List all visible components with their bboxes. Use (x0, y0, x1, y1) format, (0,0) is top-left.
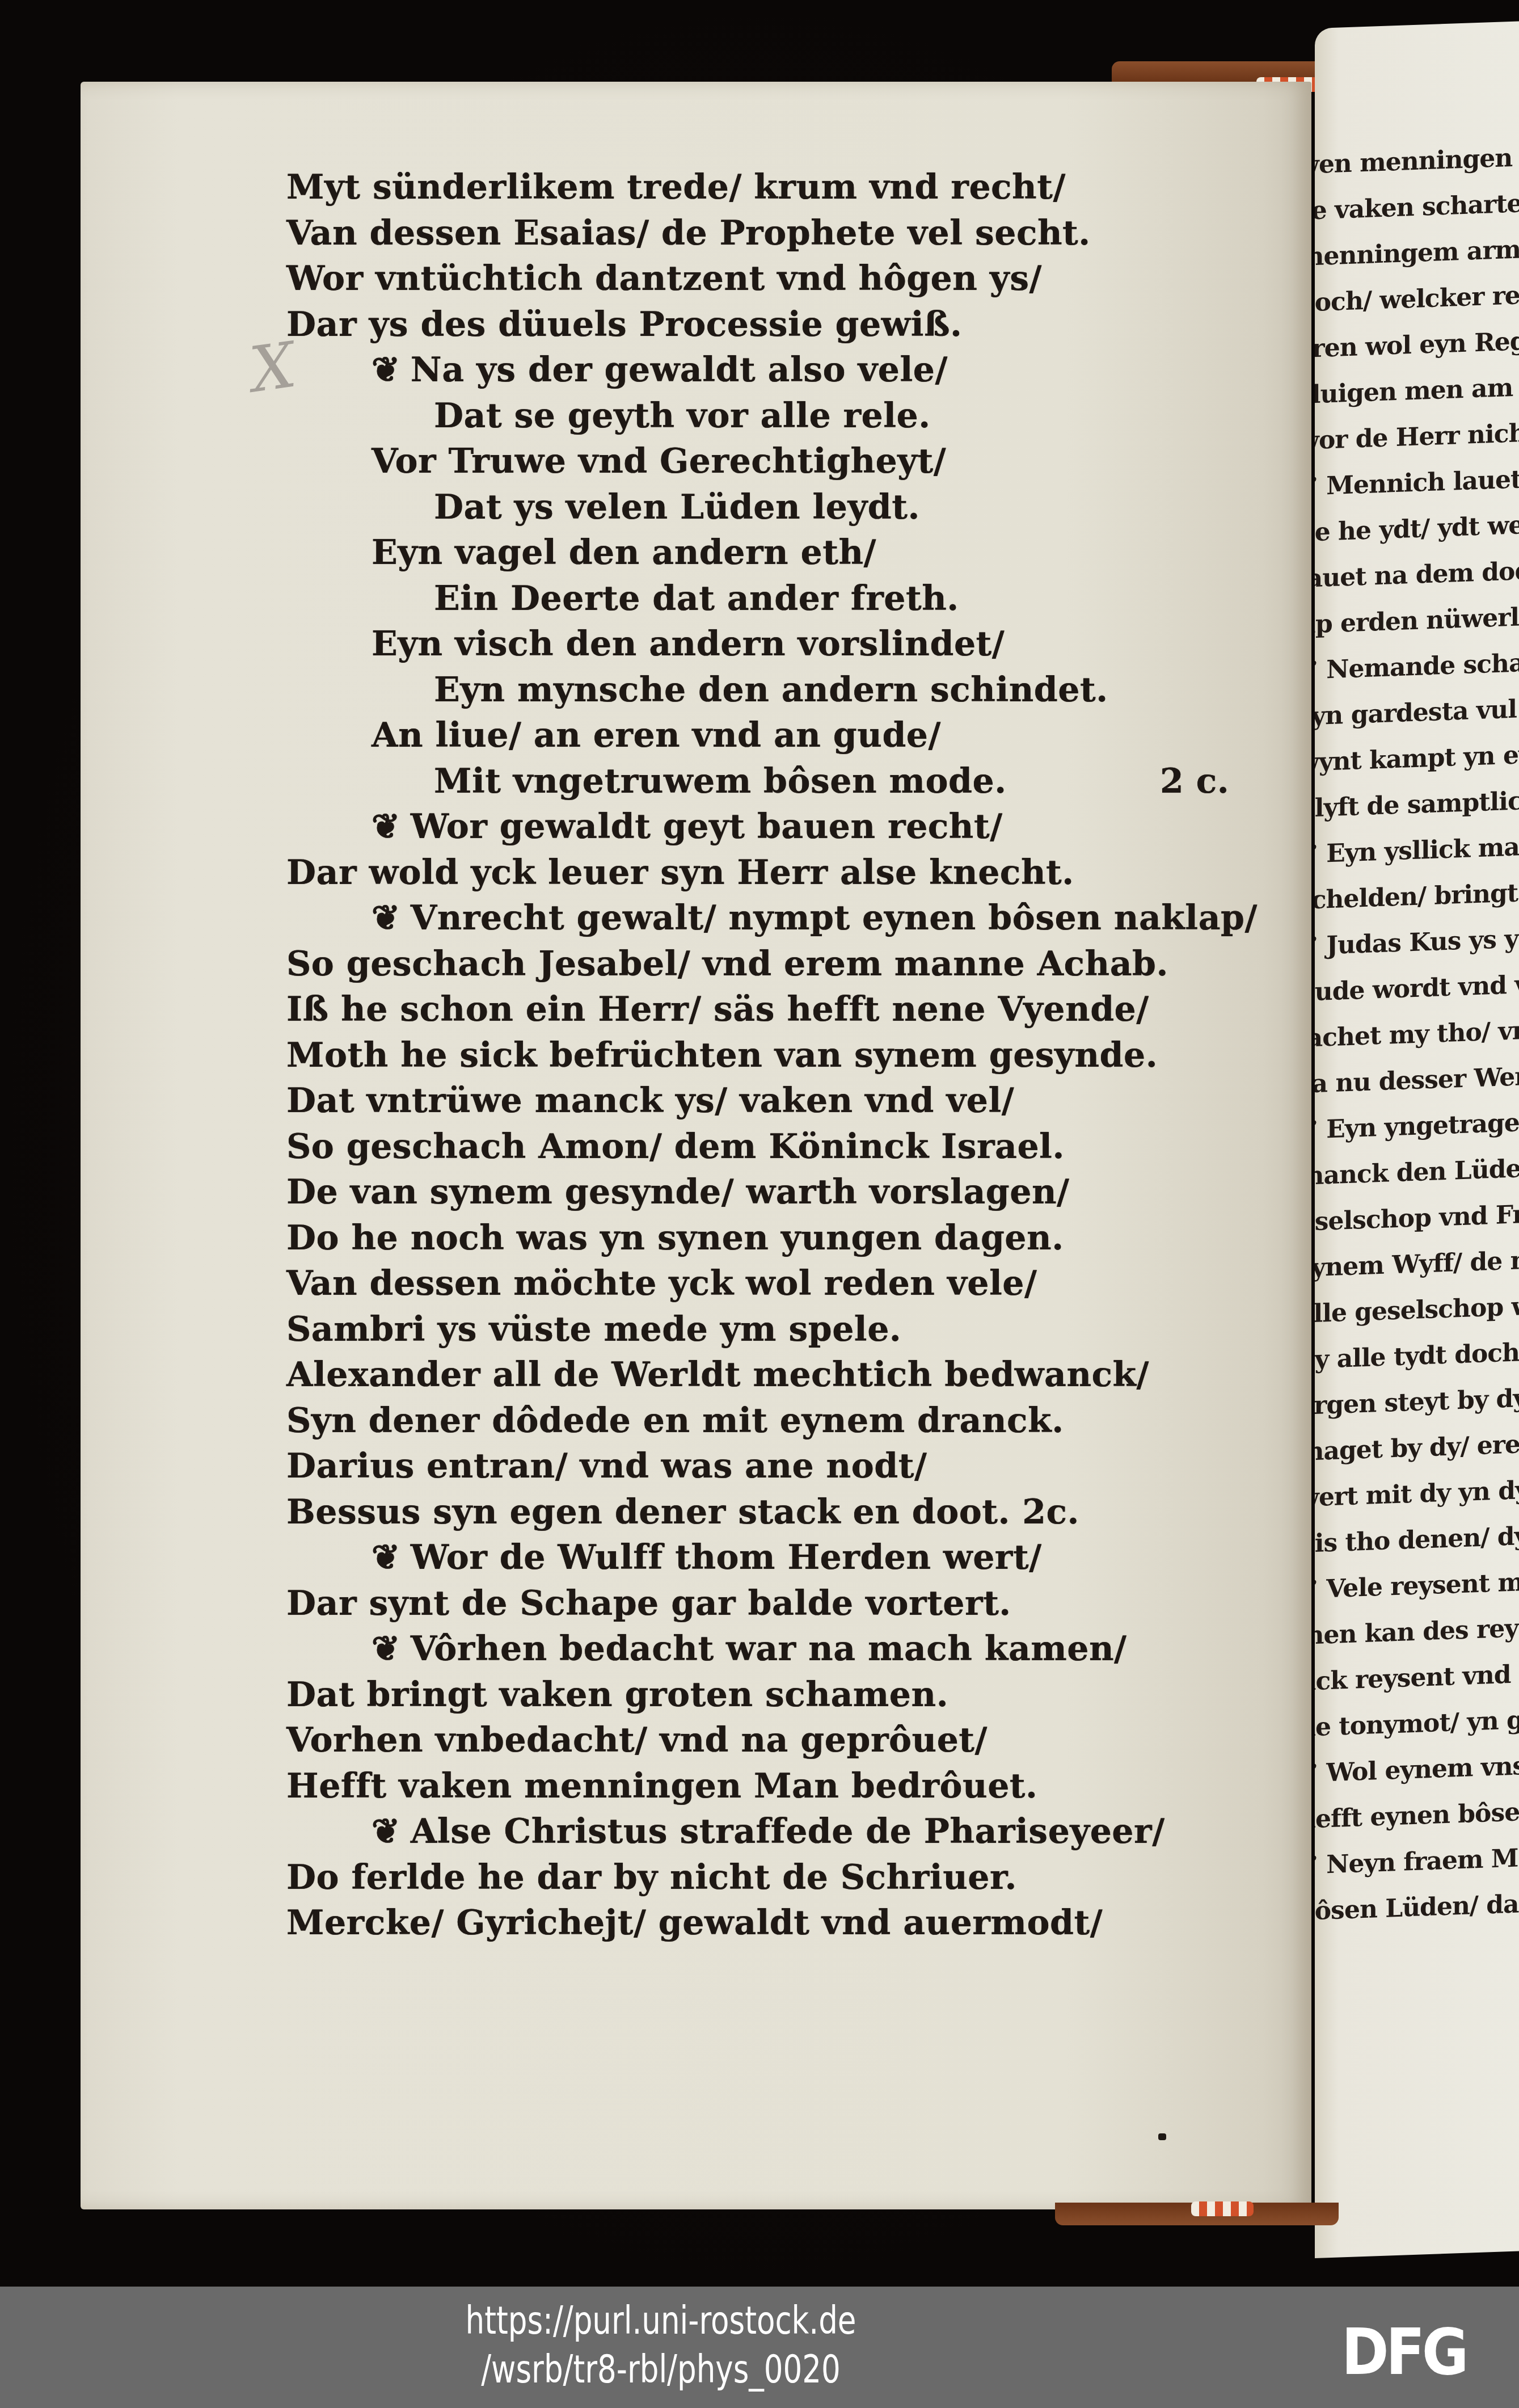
left-page-text: Myt sünderlikem trede/ krum vnd recht/Va… (286, 165, 1296, 1946)
text-line: Van dessen Esaias/ de Prophete vel secht… (286, 211, 1296, 256)
line-text: Mercke/ Gyrichejt/ gewaldt vnd auermodt/ (286, 1903, 1103, 1943)
line-text: Darius entran/ vnd was ane nodt/ (286, 1446, 927, 1486)
line-text: Dar wold yck leuer syn Herr alse knecht. (286, 853, 1074, 893)
text-line: Dar ys des düuels Processie gewiß. (286, 302, 1296, 348)
text-line: Dar synt de Schape gar balde vortert. (286, 1581, 1296, 1627)
text-line: Ein Deerte dat ander freth. (286, 576, 1296, 622)
line-text: So geschach Amon/ dem Köninck Israel. (286, 1127, 1065, 1167)
text-line: Iß he schon ein Herr/ säs hefft nene Vye… (286, 987, 1296, 1033)
text-line: Myt sünderlikem trede/ krum vnd recht/ (286, 165, 1296, 211)
text-line: Dat vntrüwe manck ys/ vaken vnd vel/ (286, 1078, 1296, 1124)
line-text: Dat bringt vaken groten schamen. (286, 1675, 948, 1715)
line-text: Sambri ys vüste mede ym spele. (286, 1310, 901, 1349)
paragraph-mark-icon: ❦ (372, 898, 400, 938)
text-line: Dar wold yck leuer syn Herr alse knecht. (286, 850, 1296, 896)
line-text: De van synem gesynde/ warth vorslagen/ (286, 1172, 1069, 1212)
line-text: Dat vntrüwe manck ys/ vaken vnd vel/ (286, 1081, 1014, 1121)
text-line: ❦Wor gewaldt geyt bauen recht/ (286, 804, 1296, 850)
line-text: So geschach Jesabel/ vnd erem manne Acha… (286, 944, 1168, 984)
text-line: Vor Truwe vnd Gerechtigheyt/ (286, 439, 1296, 485)
facing-page-line: wen menningen Schry (1315, 128, 1519, 188)
line-text: Eyn visch den andern vorslindet/ (372, 624, 1005, 664)
text-line: Eyn visch den andern vorslindet/ (286, 621, 1296, 667)
text-line: So geschach Jesabel/ vnd erem manne Acha… (286, 941, 1296, 987)
paragraph-mark-icon: ❦ (372, 1629, 400, 1669)
line-text: Wor gewaldt geyt bauen recht/ (411, 807, 1003, 847)
paragraph-mark-icon: ❦ (372, 807, 400, 847)
headband-bottom (1191, 2201, 1254, 2216)
text-line: Sambri ys vüste mede ym spele. (286, 1307, 1296, 1353)
line-text: Bessus syn egen dener stack en doot. 2c. (286, 1492, 1079, 1532)
text-line: Hefft vaken menningen Man bedrôuet. (286, 1763, 1296, 1809)
text-line: Dat bringt vaken groten schamen. (286, 1672, 1296, 1718)
text-line: Dat se geyth vor alle rele. (286, 393, 1296, 439)
text-line: Wor vntüchtich dantzent vnd hôgen ys/ (286, 256, 1296, 302)
line-text: Hefft vaken menningen Man bedrôuet. (286, 1766, 1037, 1806)
paragraph-mark-icon: ❦ (372, 1812, 400, 1851)
line-text: Wor vntüchtich dantzent vnd hôgen ys/ (286, 259, 1042, 298)
permalink-line-1[interactable]: https://purl.uni-rostock.de (429, 2297, 893, 2346)
text-line: De van synem gesynde/ warth vorslagen/ (286, 1169, 1296, 1215)
line-text: Myt sünderlikem trede/ krum vnd recht/ (286, 167, 1066, 207)
line-text: Syn dener dôdede en mit eynem dranck. (286, 1401, 1064, 1441)
text-line: Bessus syn egen dener stack en doot. 2c. (286, 1489, 1296, 1535)
text-line: Vorhen vnbedacht/ vnd na geprôuet/ (286, 1717, 1296, 1763)
line-text: Eyn mynsche den andern schindet. (434, 670, 1108, 710)
line-text: Vor Truwe vnd Gerechtigheyt/ (372, 441, 946, 481)
text-line: Alexander all de Werldt mechtich bedwanc… (286, 1352, 1296, 1398)
line-text: Alse Christus straffede de Phariseyeer/ (411, 1812, 1165, 1851)
line-text: Iß he schon ein Herr/ säs hefft nene Vye… (286, 990, 1149, 1029)
text-line: ❦Vnrecht gewalt/ nympt eynen bôsen nakla… (286, 895, 1296, 941)
line-text: Do he noch was yn synen yungen dagen. (286, 1218, 1064, 1258)
paragraph-mark-icon: ❦ (372, 350, 400, 390)
text-line: Mercke/ Gyrichejt/ gewaldt vnd auermodt/ (286, 1900, 1296, 1946)
line-text: Eyn vagel den andern eth/ (372, 533, 876, 572)
text-line: Darius entran/ vnd was ane nodt/ (286, 1443, 1296, 1489)
line-text: Do ferlde he dar by nicht de Schriuer. (286, 1858, 1017, 1897)
text-line: Do he noch was yn synen yungen dagen. (286, 1215, 1296, 1261)
footer-bar: https://purl.uni-rostock.de /wsrb/tr8-rb… (0, 2287, 1519, 2408)
line-text: Dar ys des düuels Processie gewiß. (286, 305, 962, 344)
permalink[interactable]: https://purl.uni-rostock.de /wsrb/tr8-rb… (429, 2297, 893, 2394)
text-line: Do ferlde he dar by nicht de Schriuer. (286, 1855, 1296, 1901)
text-line: Van dessen möchte yck wol reden vele/ (286, 1261, 1296, 1307)
text-line: ❦Wor de Wulff thom Herden wert/ (286, 1535, 1296, 1581)
etcetera-mark: 2 c. (1160, 759, 1229, 805)
text-line: Syn dener dôdede en mit eynem dranck. (286, 1398, 1296, 1444)
text-line: Eyn mynsche den andern schindet. (286, 667, 1296, 713)
text-line: Mit vngetruwem bôsen mode.2 c. (286, 759, 1296, 805)
line-text: Moth he sick befrüchten van synem gesynd… (286, 1035, 1158, 1075)
line-text: Mit vngetruwem bôsen mode. (434, 761, 1007, 801)
ink-speck (1158, 2133, 1166, 2140)
line-text: An liue/ an eren vnd an gude/ (372, 715, 941, 755)
text-line: Dat ys velen Lüden leydt. (286, 485, 1296, 531)
dfg-logo: DFG (1341, 2325, 1466, 2380)
line-text: Dar synt de Schape gar balde vortert. (286, 1584, 1011, 1623)
line-text: Alexander all de Werldt mechtich bedwanc… (286, 1355, 1149, 1395)
text-line: Moth he sick befrüchten van synem gesynd… (286, 1033, 1296, 1079)
line-text: Vnrecht gewalt/ nympt eynen bôsen naklap… (411, 898, 1258, 938)
text-line: An liue/ an eren vnd an gude/ (286, 713, 1296, 759)
right-page-text: wen menningen Schryse vaken scharten Lüd… (1315, 128, 1519, 1934)
book-scan-image: X Myt sünderlikem trede/ krum vnd recht/… (0, 0, 1519, 2287)
text-line: So geschach Amon/ dem Köninck Israel. (286, 1124, 1296, 1170)
line-text: Na ys der gewaldt also vele/ (411, 350, 948, 390)
line-text: Van dessen Esaias/ de Prophete vel secht… (286, 213, 1091, 253)
permalink-line-2[interactable]: /wsrb/tr8-rbl/phys_0020 (429, 2346, 893, 2394)
text-line: ❦Alse Christus straffede de Phariseyeer/ (286, 1809, 1296, 1855)
line-text: Van dessen möchte yck wol reden vele/ (286, 1264, 1037, 1303)
line-text: Dat ys velen Lüden leydt. (434, 487, 920, 527)
text-line: Eyn vagel den andern eth/ (286, 530, 1296, 576)
right-page: wen menningen Schryse vaken scharten Lüd… (1315, 20, 1519, 2258)
text-line: ❦Vôrhen bedacht war na mach kamen/ (286, 1626, 1296, 1672)
line-text: Ein Deerte dat ander freth. (434, 579, 959, 618)
line-text: Dat se geyth vor alle rele. (434, 396, 931, 436)
line-text: Vorhen vnbedacht/ vnd na geprôuet/ (286, 1720, 988, 1760)
line-text: Vôrhen bedacht war na mach kamen/ (411, 1629, 1127, 1669)
text-line: ❦Na ys der gewaldt also vele/ (286, 347, 1296, 393)
line-text: Wor de Wulff thom Herden wert/ (411, 1538, 1042, 1577)
paragraph-mark-icon: ❦ (372, 1538, 400, 1577)
